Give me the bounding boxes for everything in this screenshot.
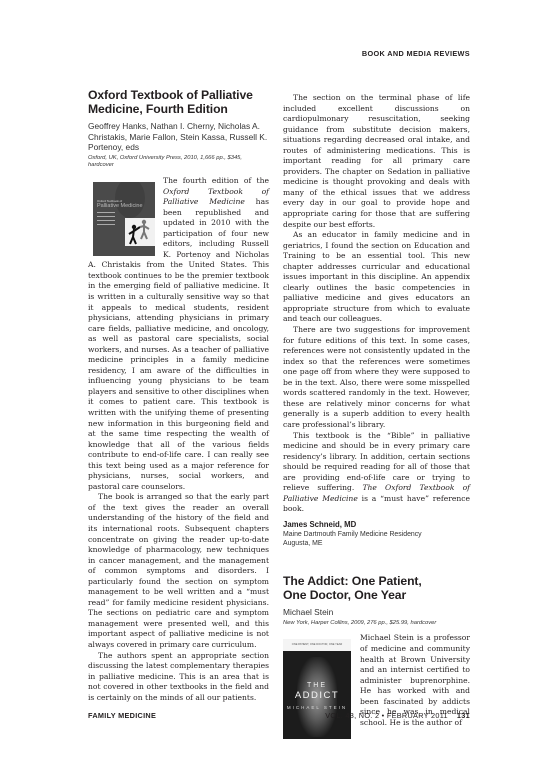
review1-paragraph-7: This textbook is the “Bible” in palliati… bbox=[283, 431, 470, 515]
review2-authors: Michael Stein bbox=[283, 607, 470, 618]
reviewer-affiliation: Maine Dartmouth Family Medicine Residenc… bbox=[283, 530, 470, 539]
review1-title: Oxford Textbook of Palliative Medicine, … bbox=[88, 88, 269, 116]
reviewer-name: James Schneid, MD bbox=[283, 520, 470, 530]
cover-editor-lines bbox=[97, 212, 115, 228]
review1-paragraph-6: There are two suggestions for improvemen… bbox=[283, 325, 470, 430]
book-cover-addict-image: ONE PATIENT, ONE DOCTOR, ONE YEAR THE AD… bbox=[283, 639, 351, 739]
review1-paragraph-2: The book is arranged so that the early p… bbox=[88, 492, 269, 650]
section-header: BOOK AND MEDIA REVIEWS bbox=[362, 49, 470, 58]
footer-issue: VOL. 43, NO. 2 • FEBRUARY 2011 bbox=[325, 711, 448, 720]
book-cover-oxford-image: Oxford Textbook of Palliative Medicine bbox=[93, 182, 155, 256]
review1-publication: Oxford, UK, Oxford University Press, 201… bbox=[88, 155, 269, 170]
footer-issue-info: VOL. 43, NO. 2 • FEBRUARY 2011131 bbox=[325, 711, 470, 720]
left-column: Oxford Textbook of Palliative Medicine, … bbox=[88, 88, 269, 703]
review2: The Addict: One Patient, One Doctor, One… bbox=[283, 574, 470, 728]
review1-paragraph-5: As an educator in family medicine and in… bbox=[283, 230, 470, 325]
footer-journal-name: FAMILY MEDICINE bbox=[88, 711, 156, 720]
review2-publication: New York, Harper Collins, 2009, 276 pp.,… bbox=[283, 620, 470, 628]
reviewer-location: Augusta, ME bbox=[283, 539, 470, 548]
review2-title: The Addict: One Patient, One Doctor, One… bbox=[283, 574, 433, 602]
review1-paragraph-3: The authors spent an appropriate section… bbox=[88, 651, 269, 704]
cover-figures-panel bbox=[125, 218, 155, 246]
review1-reviewer: James Schneid, MD Maine Dartmouth Family… bbox=[283, 520, 470, 548]
review1-paragraph-4: The section on the terminal phase of lif… bbox=[283, 93, 470, 230]
review1-authors: Geoffrey Hanks, Nathan I. Cherny, Nichol… bbox=[88, 121, 269, 153]
review1-body-left: Oxford Textbook of Palliative Medicine T… bbox=[88, 176, 269, 703]
people-figures-icon bbox=[125, 218, 155, 246]
right-column: The section on the terminal phase of lif… bbox=[283, 93, 470, 741]
review1-body-right: The section on the terminal phase of lif… bbox=[283, 93, 470, 515]
cover-title-text: Palliative Medicine bbox=[97, 201, 143, 212]
cover-tagline: ONE PATIENT, ONE DOCTOR, ONE YEAR bbox=[283, 639, 351, 651]
cover-word-addict: ADDICT bbox=[283, 691, 351, 702]
page-number: 131 bbox=[457, 711, 470, 720]
